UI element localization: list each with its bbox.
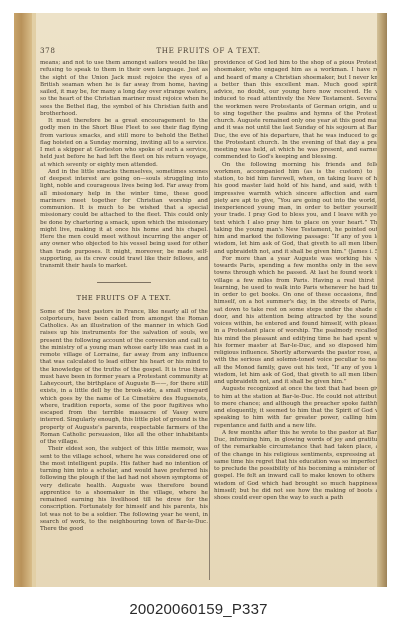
paragraph: A few months after this he wrote to the … xyxy=(214,430,386,503)
paragraph: Some of the best pastors in France, like… xyxy=(40,309,208,447)
book-binding-edge xyxy=(14,13,32,587)
running-head: 378 THE FRUITS OF A TEXT. xyxy=(40,46,377,58)
paragraph: Auguste recognized at once the text that… xyxy=(214,386,386,430)
column-rule xyxy=(209,60,210,580)
left-column: means; and not to use them amongst sailo… xyxy=(40,60,208,533)
page: 378 THE FRUITS OF A TEXT. means; and not… xyxy=(36,13,377,587)
paragraph: And in the little smacks themselves, som… xyxy=(40,169,208,271)
paragraph: providence of God led him to the shop of… xyxy=(214,60,386,162)
paragraph: On the following morning his friends and… xyxy=(214,162,386,256)
section-divider xyxy=(97,282,151,283)
paragraph: For more than a year Auguste was working… xyxy=(214,256,386,387)
image-caption: 20020060159_P337 xyxy=(0,601,397,618)
paragraph: It must therefore be a great encourageme… xyxy=(40,118,208,169)
section-heading: THE FRUITS OF A TEXT. xyxy=(40,295,208,302)
book-page-scan: 378 THE FRUITS OF A TEXT. means; and not… xyxy=(14,13,387,587)
gutter-shadow xyxy=(377,13,387,587)
running-head-title: THE FRUITS OF A TEXT. xyxy=(40,46,377,55)
paragraph: means; and not to use them amongst sailo… xyxy=(40,60,208,118)
right-column: providence of God led him to the shop of… xyxy=(214,60,386,502)
paragraph: Their eldest son, the subject of this li… xyxy=(40,446,208,533)
